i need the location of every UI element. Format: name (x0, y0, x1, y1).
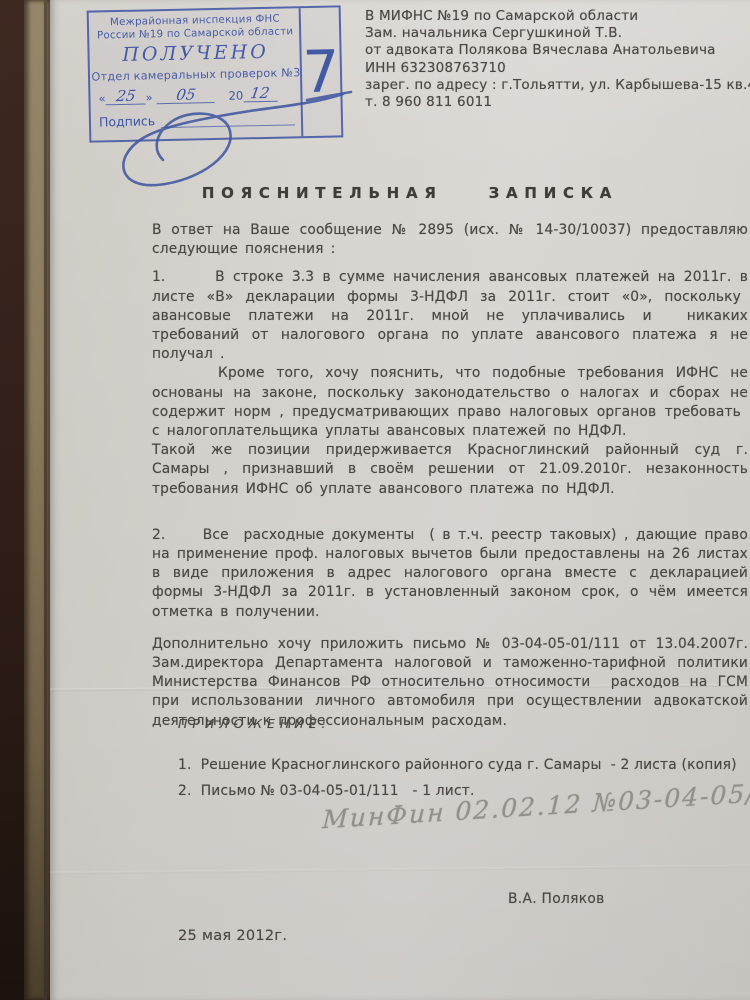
stamp-signature-line (161, 112, 295, 128)
stamp-date-year: 12 (243, 87, 277, 103)
stamp-date-day: 25 (105, 89, 145, 105)
header-line: зарег. по адресу : г.Тольятти, ул. Карбы… (365, 77, 750, 94)
stamp-department-line: Отдел камеральных проверок №3 (91, 66, 300, 83)
header-line: т. 8 960 811 6011 (365, 94, 750, 111)
folder-edge-shadow (44, 0, 47, 1000)
stamp-number-cell: 7 (299, 7, 342, 136)
header-line: от адвоката Полякова Вячеслава Анатольев… (365, 42, 750, 59)
paragraph-krome-togo: Кроме того, хочу пояснить, что подобные … (152, 364, 748, 441)
header-line: В МИФНС №19 по Самарской области (365, 8, 750, 25)
stamp-date-month: 05 (156, 88, 214, 104)
appendix-label: ПРИЛОЖЕНИЕ: (178, 716, 718, 731)
stamp-signature-label: Подпись (99, 113, 156, 129)
appendix-item: 1. Решение Красноглинского районного суд… (178, 757, 718, 773)
header-line: ИНН 632308763710 (365, 60, 750, 77)
stamp-received-label: ПОЛУЧЕНО (122, 41, 269, 66)
intro-paragraph: В ответ на Ваше сообщение № 2895 (исх. №… (152, 221, 748, 259)
doc-body: В ответ на Ваше сообщение № 2895 (исх. №… (152, 221, 748, 731)
stamp-number: 7 (302, 42, 340, 101)
photographed-document: Межрайонная инспекция ФНС России №19 по … (0, 0, 750, 1000)
stamp-date-row: « 25 » 05 20 12 (94, 86, 298, 105)
stamp-signature-row: Подпись (95, 110, 299, 129)
reception-stamp: Межрайонная инспекция ФНС России №19 по … (87, 5, 344, 142)
stamp-body: Межрайонная инспекция ФНС России №19 по … (89, 8, 302, 140)
stamp-org-line2: России №19 по Самарской области (97, 25, 293, 42)
stamp-quote-close: » (145, 90, 152, 104)
doc-title-word: ПОЯСНИТЕЛЬНАЯ (202, 184, 443, 202)
doc-title: ПОЯСНИТЕЛЬНАЯ ЗАПИСКА (150, 184, 670, 202)
paragraph-item2: 2. Все расходные документы ( в т.ч. реес… (152, 526, 748, 622)
signer-name: В.А. Поляков (508, 891, 605, 907)
header-line: Зам. начальника Сергушкиной Т.В. (365, 25, 750, 42)
paragraph-court-position: Такой же позиции придерживается Красногл… (152, 441, 748, 499)
recipient-header: В МИФНС №19 по Самарской области Зам. на… (365, 8, 750, 111)
doc-date: 25 мая 2012г. (178, 928, 287, 944)
stamp-year-prefix: 20 (228, 88, 243, 102)
doc-title-word: ЗАПИСКА (489, 184, 619, 202)
paragraph-item1: 1. В строке 3.3 в сумме начисления аванс… (152, 268, 748, 364)
